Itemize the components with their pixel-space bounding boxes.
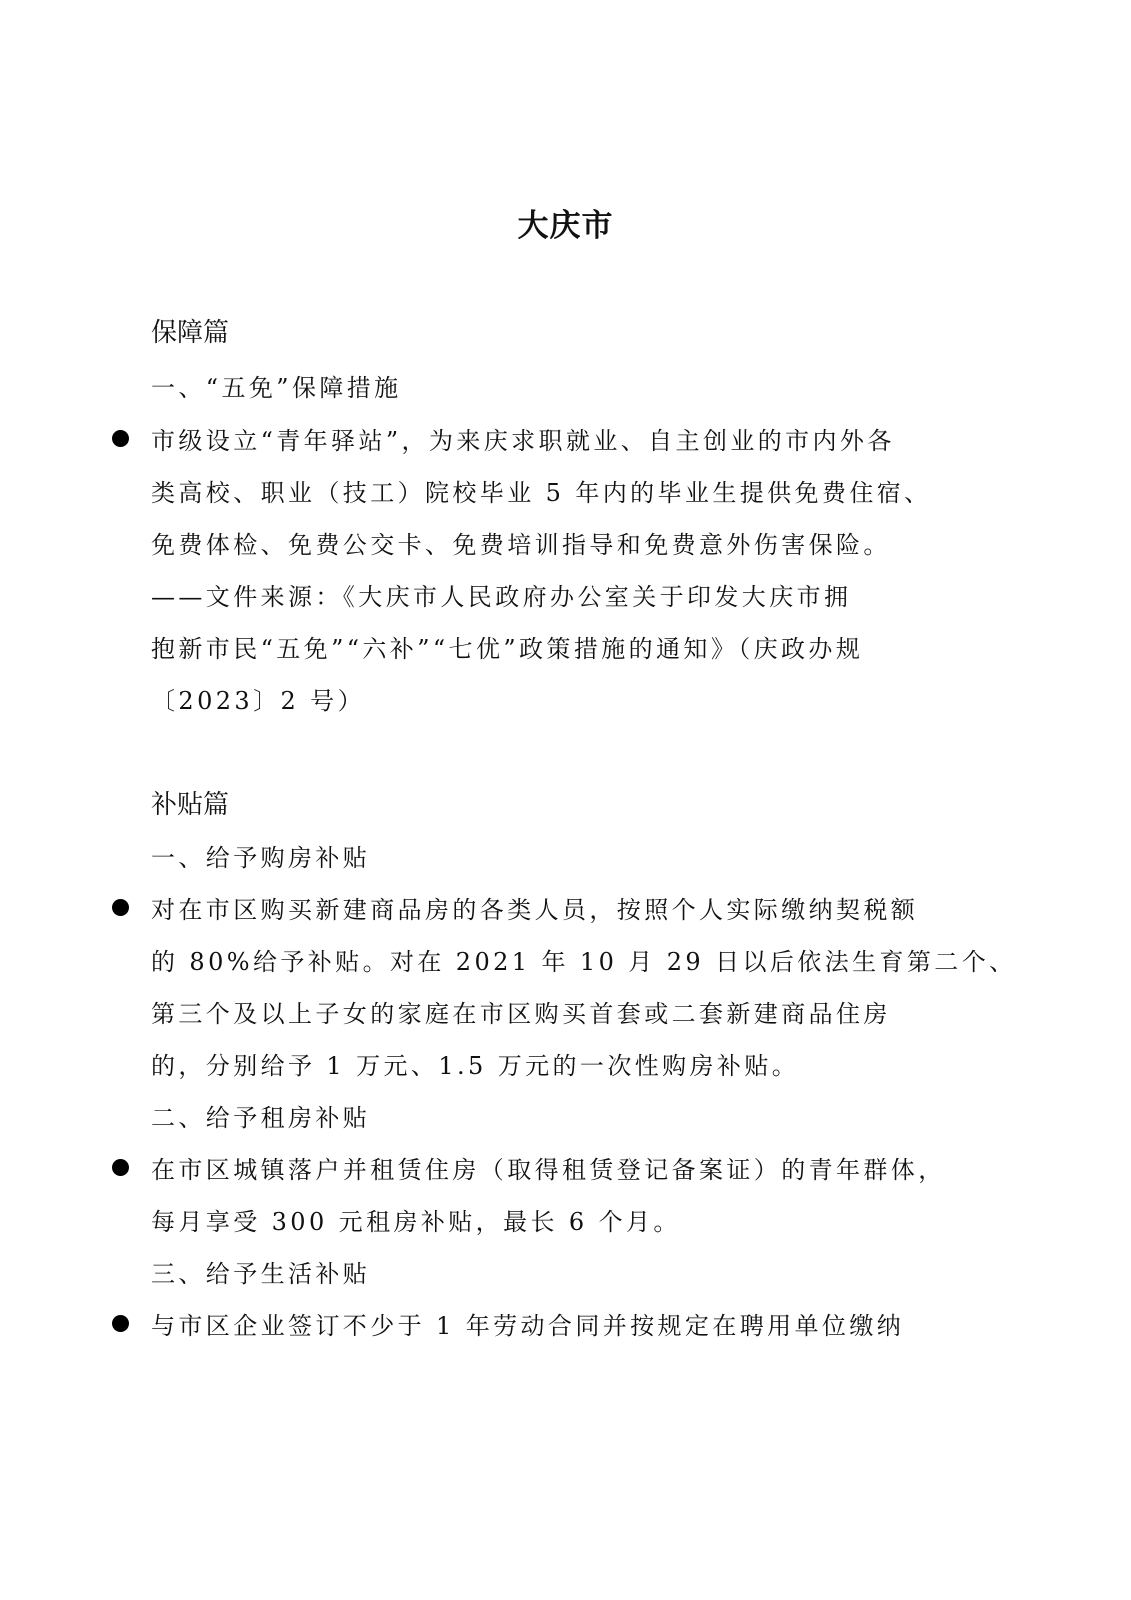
subheading-rental: 二、给予租房补贴 xyxy=(151,1098,370,1133)
bullet-icon xyxy=(112,430,129,447)
paragraph-line: 的，分别给予 1 万元、1.5 万元的一次性购房补贴。 xyxy=(151,1046,799,1081)
section-heading-subsidy: 补贴篇 xyxy=(151,784,229,821)
paragraph-line: 在市区城镇落户并租赁住房（取得租赁登记备案证）的青年群体， xyxy=(151,1150,946,1185)
paragraph-line: 与市区企业签订不少于 1 年劳动合同并按规定在聘用单位缴纳 xyxy=(151,1306,904,1341)
document-page: 大庆市 保障篇 一、“五免”保障措施 市级设立“青年驿站”，为来庆求职就业、自主… xyxy=(0,0,1131,1600)
section-heading-guarantee: 保障篇 xyxy=(151,312,229,349)
paragraph-line: 市级设立“青年驿站”，为来庆求职就业、自主创业的市内外各 xyxy=(151,421,895,456)
source-line: 抱新市民“五免”“六补”“七优”政策措施的通知》（庆政办规 xyxy=(151,629,863,664)
bullet-icon xyxy=(112,1315,129,1332)
page-title: 大庆市 xyxy=(0,200,1131,245)
source-line: ——文件来源：《大庆市人民政府办公室关于印发大庆市拥 xyxy=(151,577,851,612)
paragraph-line: 第三个及以上子女的家庭在市区购买首套或二套新建商品住房 xyxy=(151,994,891,1029)
paragraph-line: 免费体检、免费公交卡、免费培训指导和免费意外伤害保险。 xyxy=(151,525,891,560)
bullet-icon xyxy=(112,899,129,916)
subheading-five-free: 一、“五免”保障措施 xyxy=(151,368,402,403)
bullet-icon xyxy=(112,1159,129,1176)
subheading-housing-purchase: 一、给予购房补贴 xyxy=(151,838,370,873)
paragraph-line: 对在市区购买新建商品房的各类人员，按照个人实际缴纳契税额 xyxy=(151,890,918,925)
paragraph-line: 每月享受 300 元租房补贴，最长 6 个月。 xyxy=(151,1202,681,1237)
paragraph-line: 的 80%给予补贴。对在 2021 年 10 月 29 日以后依法生育第二个、 xyxy=(151,942,1017,977)
paragraph-line: 类高校、职业（技工）院校毕业 5 年内的毕业生提供免费住宿、 xyxy=(151,473,932,508)
source-line: 〔2023〕2 号） xyxy=(151,681,365,716)
subheading-living: 三、给予生活补贴 xyxy=(151,1254,370,1289)
